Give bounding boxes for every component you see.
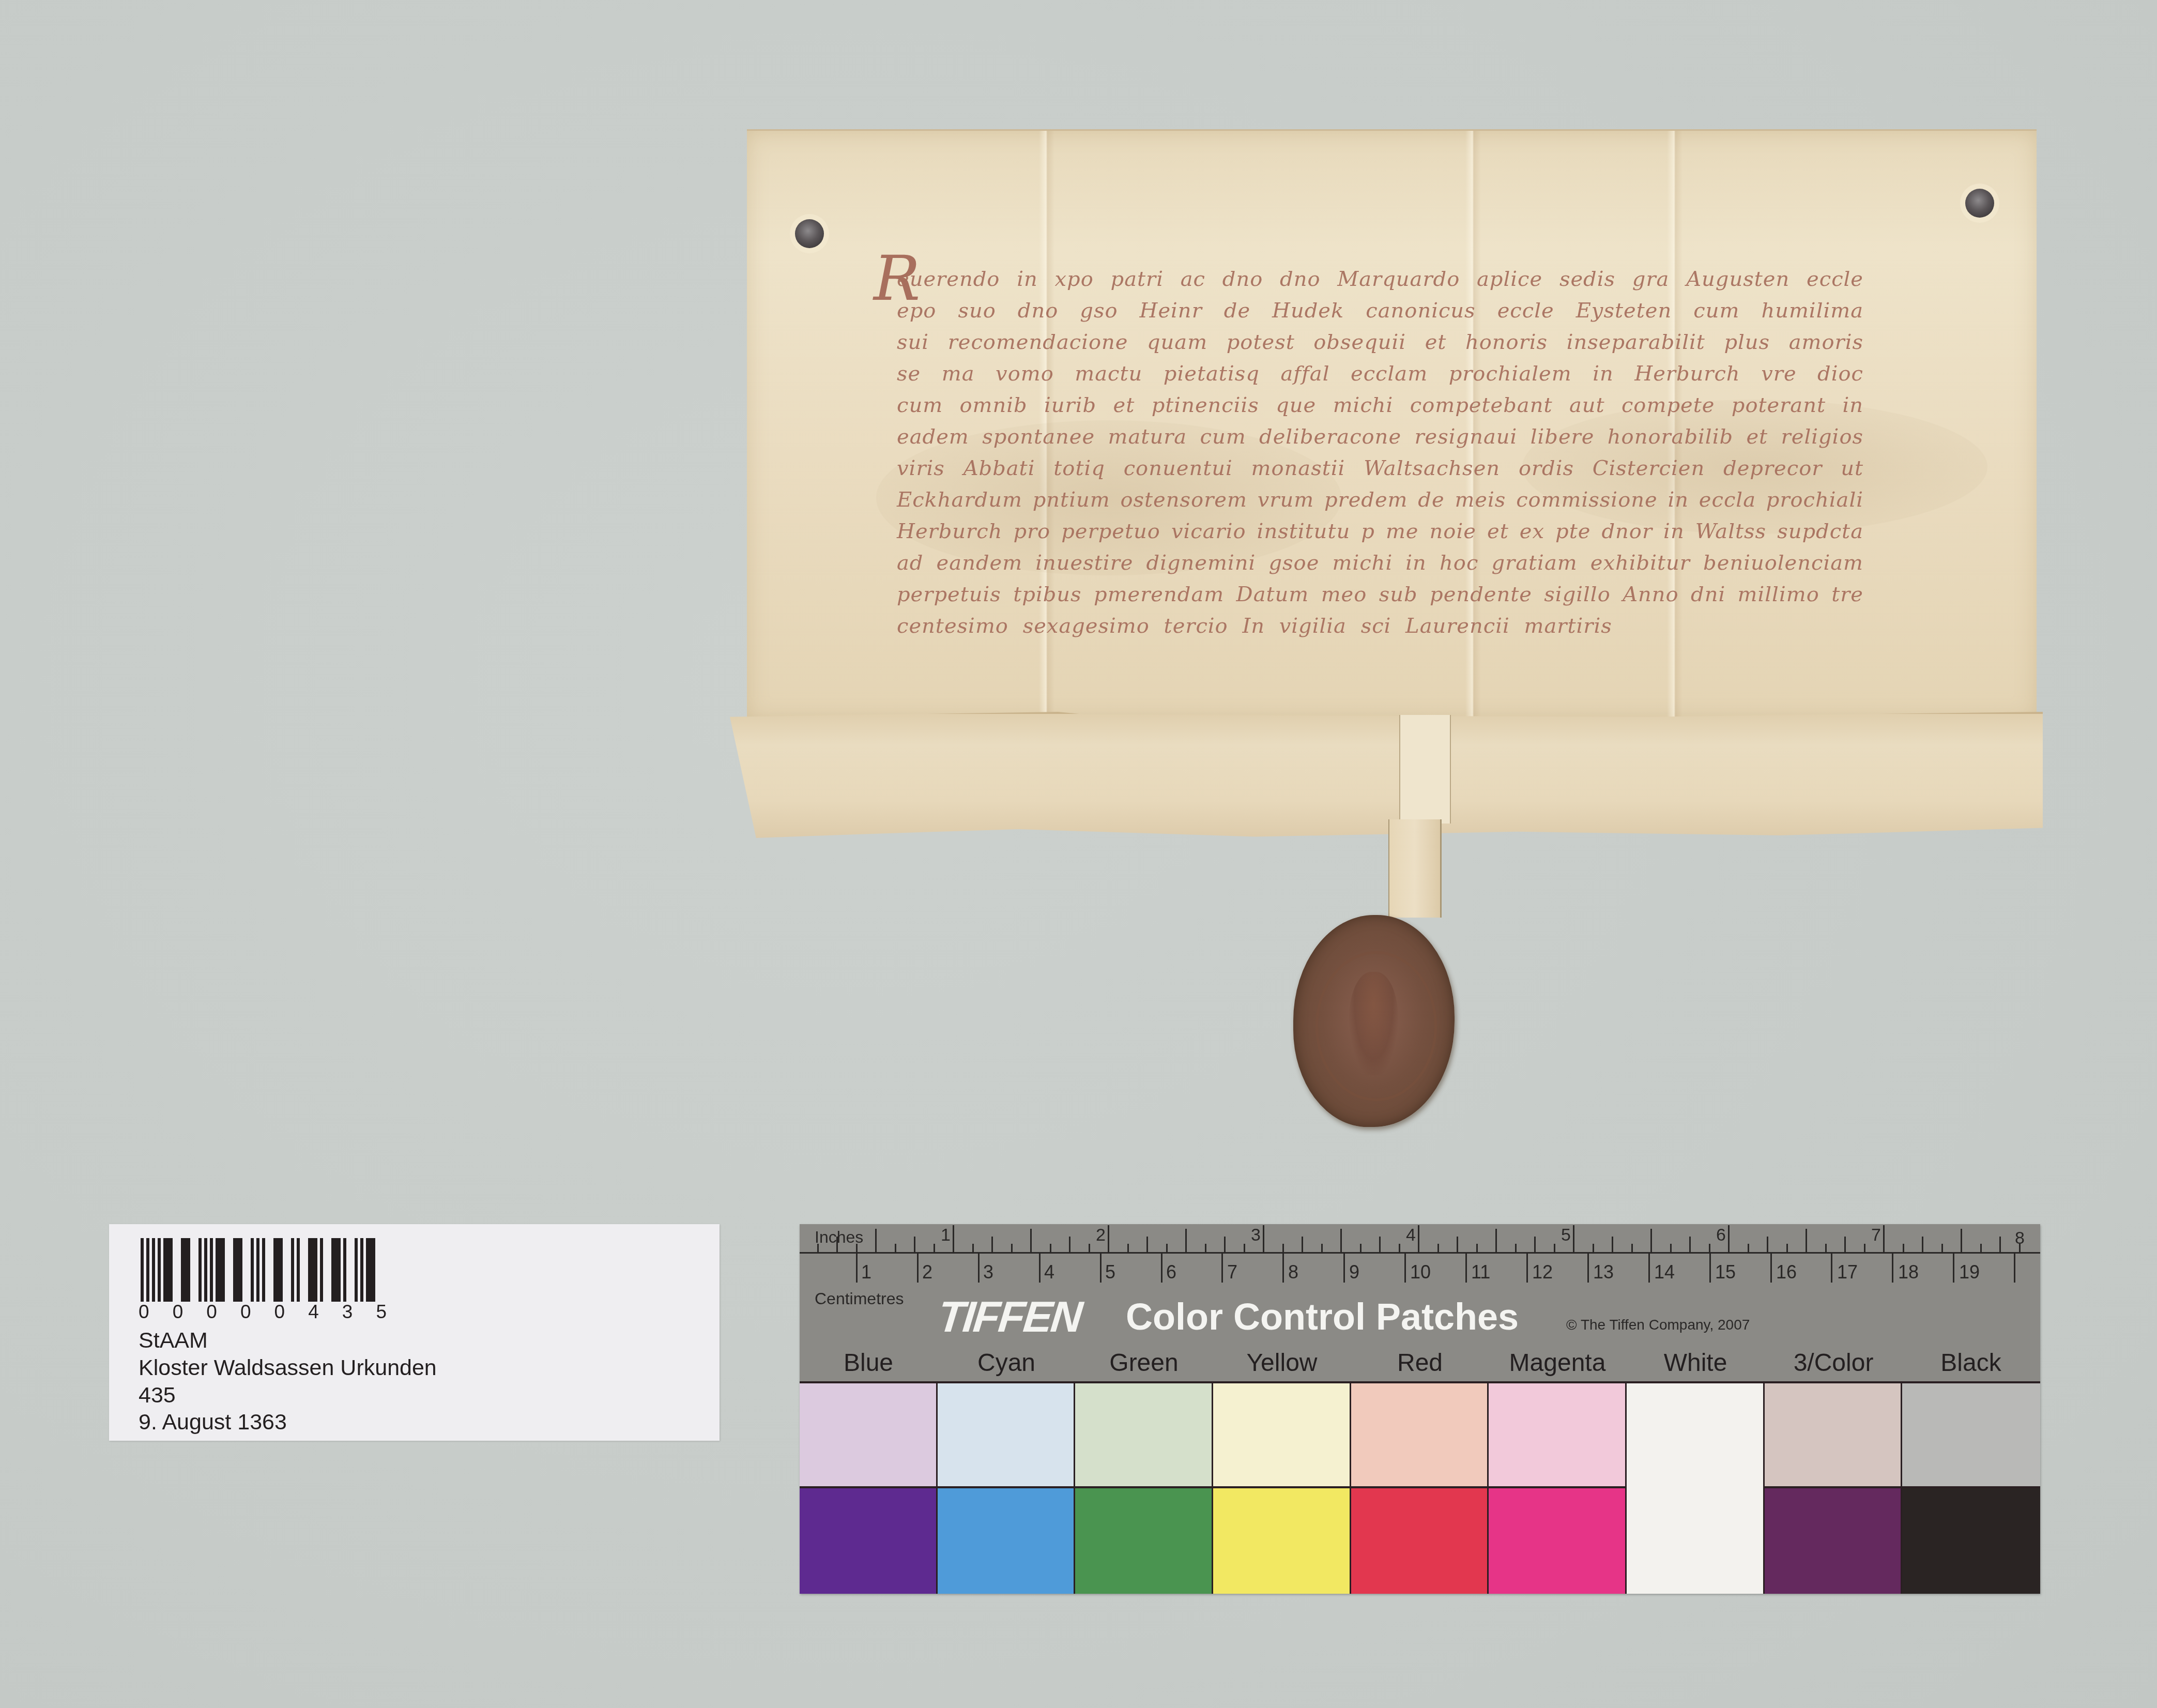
cm-tick <box>1282 1253 1284 1283</box>
cm-number: 18 <box>1898 1263 1919 1282</box>
patch-dark-yellow <box>1213 1488 1351 1594</box>
inch-tick <box>1650 1229 1652 1253</box>
manuscript-line: sui recomendacione quam potest obsequii … <box>897 327 1863 358</box>
patch-dark-3color <box>1765 1488 1903 1594</box>
cm-number: 11 <box>1471 1263 1490 1282</box>
cm-tick <box>856 1253 858 1283</box>
inch-number: 6 <box>1716 1226 1726 1244</box>
inch-tick <box>1999 1237 2001 1253</box>
inch-tick <box>1980 1244 1982 1253</box>
cm-number: 19 <box>1959 1263 1980 1282</box>
label-number: 435 <box>139 1382 176 1409</box>
inch-tick <box>914 1237 915 1253</box>
patch-light-blue <box>800 1383 938 1488</box>
manuscript-line: eadem spontanee matura cum deliberacone … <box>897 421 1863 452</box>
inch-tick <box>1786 1244 1788 1253</box>
cm-tick <box>1404 1253 1406 1283</box>
cm-tick <box>917 1253 919 1283</box>
patch-dark-red <box>1351 1488 1489 1594</box>
inch-tick <box>1030 1229 1032 1253</box>
cm-tick <box>1587 1253 1589 1283</box>
cm-tick <box>1161 1253 1162 1283</box>
barcode-digit: 5 <box>376 1302 387 1322</box>
inch-tick <box>1495 1229 1497 1253</box>
tiffen-logo: TIFFEN <box>936 1295 1083 1338</box>
cm-number: 10 <box>1410 1263 1431 1282</box>
inch-tick <box>1612 1237 1613 1253</box>
inch-tick <box>1050 1244 1051 1253</box>
cm-tick <box>1831 1253 1832 1283</box>
inch-tick <box>1379 1237 1381 1253</box>
inch-tick <box>1728 1225 1730 1253</box>
cm-number: 5 <box>1105 1263 1115 1282</box>
wax-seal-figure-icon <box>1349 972 1398 1075</box>
inch-tick <box>1244 1244 1245 1253</box>
inch-tick <box>1185 1229 1187 1253</box>
cm-tick <box>1343 1253 1345 1283</box>
patch-light-white <box>1627 1383 1765 1594</box>
inch-number: 5 <box>1561 1226 1571 1244</box>
label-date: 9. August 1363 <box>139 1409 287 1436</box>
cm-tick <box>1526 1253 1528 1283</box>
inch-tick <box>1961 1229 1962 1253</box>
inch-tick <box>1922 1237 1923 1253</box>
cm-tick <box>1892 1253 1893 1283</box>
inch-tick <box>1282 1244 1284 1253</box>
inch-tick <box>1941 1244 1943 1253</box>
inch-tick <box>1166 1244 1168 1253</box>
inch-number: 2 <box>1096 1226 1106 1244</box>
patch-dark-magenta <box>1489 1488 1627 1594</box>
patch-dark-green <box>1075 1488 1213 1594</box>
barcode-digit: 0 <box>274 1302 285 1322</box>
inch-tick <box>1515 1244 1517 1253</box>
inch-tick <box>1844 1237 1846 1253</box>
inch-tick <box>1864 1244 1865 1253</box>
patch-light-green <box>1075 1383 1213 1488</box>
manuscript-line: centesimo sexagesimo tercio In vigilia s… <box>897 611 1646 642</box>
barcode <box>141 1238 384 1302</box>
cm-tick <box>1100 1253 1102 1283</box>
inch-tick <box>1534 1237 1536 1253</box>
inches-label: Inches <box>815 1228 863 1246</box>
ruler-baseline <box>800 1252 2040 1254</box>
inch-tick <box>1689 1237 1691 1253</box>
inch-tick <box>1825 1244 1827 1253</box>
manuscript-line: ad eandem inuestire dignemini gsoe michi… <box>897 547 1863 578</box>
inch-tick <box>1554 1244 1555 1253</box>
patch-label-magenta: Magenta <box>1489 1350 1626 1376</box>
patch-light-magenta <box>1489 1383 1627 1488</box>
patch-light-black <box>1902 1383 2040 1488</box>
barcode-digit: 0 <box>240 1302 251 1322</box>
cm-number: 12 <box>1532 1263 1553 1282</box>
patch-dark-blue <box>800 1488 938 1594</box>
label-archive: StAAM <box>139 1327 208 1354</box>
patch-label-cyan: Cyan <box>938 1350 1075 1376</box>
cm-tick <box>1039 1253 1041 1283</box>
cm-tick <box>1953 1253 1954 1283</box>
cm-tick <box>1648 1253 1650 1283</box>
patch-light-3color <box>1765 1383 1903 1488</box>
manuscript-line: epo suo dno gso Heinr de Hudek canonicus… <box>897 295 1863 326</box>
cm-tick <box>1221 1253 1223 1283</box>
manuscript-line: perpetuis tpibus pmerendam Datum meo sub… <box>897 579 1863 610</box>
inch-tick <box>1767 1237 1768 1253</box>
inch-number: 1 <box>941 1226 951 1244</box>
inch-tick <box>1224 1237 1226 1253</box>
cm-tick <box>978 1253 980 1283</box>
seal-strap <box>1399 715 1451 823</box>
cm-number: 6 <box>1166 1263 1176 1282</box>
cm-number: 16 <box>1776 1263 1797 1282</box>
inch-tick <box>1321 1244 1323 1253</box>
inch-tick <box>1011 1244 1013 1253</box>
barcode-digit: 4 <box>308 1302 319 1322</box>
barcode-digits: 0 0 0 0 0 4 3 5 <box>139 1302 387 1322</box>
inch-tick <box>1631 1244 1633 1253</box>
mounting-pin-icon <box>795 219 824 248</box>
seal-strap <box>1388 819 1442 918</box>
cm-tick <box>1770 1253 1772 1283</box>
inch-tick <box>1360 1244 1361 1253</box>
inch-tick <box>1457 1237 1458 1253</box>
inch-number: 8 <box>2015 1229 2025 1247</box>
label-collection: Kloster Waldsassen Urkunden <box>139 1354 437 1382</box>
cm-number: 13 <box>1593 1263 1614 1282</box>
cm-number: 4 <box>1044 1263 1054 1282</box>
manuscript-line: Eckhardum pntium ostensorem vrum predem … <box>897 484 1863 515</box>
cm-number: 1 <box>861 1263 871 1282</box>
cm-number: 9 <box>1349 1263 1359 1282</box>
inch-tick <box>1108 1225 1109 1253</box>
manuscript-line: viris Abbati totiq conuentui monastii Wa… <box>897 453 1863 484</box>
inch-tick <box>1399 1244 1400 1253</box>
patch-dark-black <box>1902 1488 2040 1594</box>
inch-tick <box>875 1229 877 1253</box>
patch-label-red: Red <box>1351 1350 1489 1376</box>
barcode-digit: 3 <box>342 1302 353 1322</box>
manuscript-line: se ma vomo mactu pietatisq affal ecclam … <box>897 358 1863 389</box>
inch-tick <box>1593 1244 1594 1253</box>
inch-tick <box>1709 1244 1710 1253</box>
manuscript-line: Herburch pro perpetuo vicario institutu … <box>897 516 1863 547</box>
barcode-digit: 0 <box>206 1302 217 1322</box>
inch-tick <box>1146 1237 1148 1253</box>
inch-number: 7 <box>1871 1226 1881 1244</box>
cm-number: 2 <box>922 1263 932 1282</box>
cm-tick <box>1709 1253 1711 1283</box>
patch-light-red <box>1351 1383 1489 1488</box>
inch-tick <box>1069 1237 1070 1253</box>
inch-tick <box>1340 1229 1342 1253</box>
chart-title: Color Control Patches <box>1126 1297 1519 1338</box>
inch-tick <box>895 1244 896 1253</box>
inch-tick <box>1806 1229 1807 1253</box>
inch-tick <box>1089 1244 1090 1253</box>
barcode-digit: 0 <box>173 1302 183 1322</box>
inch-tick <box>991 1237 993 1253</box>
patch-label-green: Green <box>1075 1350 1213 1376</box>
cm-number: 8 <box>1288 1263 1298 1282</box>
inch-tick <box>934 1244 935 1253</box>
inch-tick <box>1903 1244 1904 1253</box>
copyright-notice: © The Tiffen Company, 2007 <box>1566 1317 1750 1333</box>
patch-label-blue: Blue <box>800 1350 937 1376</box>
inch-tick <box>1883 1225 1885 1253</box>
manuscript-line: euerendo in xpo patri ac dno dno Marquar… <box>897 264 1863 295</box>
patch-dark-cyan <box>938 1488 1076 1594</box>
manuscript-line: cum omnib iurib et ptinenciis que michi … <box>897 390 1863 421</box>
patch-light-cyan <box>938 1383 1076 1488</box>
inch-tick <box>1573 1225 1574 1253</box>
inch-tick <box>1748 1244 1749 1253</box>
inch-number: 4 <box>1406 1226 1416 1244</box>
cm-tick <box>1465 1253 1467 1283</box>
inch-tick <box>953 1225 954 1253</box>
patch-label-3color: 3/Color <box>1765 1350 1902 1376</box>
inch-tick <box>1263 1225 1264 1253</box>
barcode-digit: 0 <box>139 1302 149 1322</box>
patch-light-yellow <box>1213 1383 1351 1488</box>
patch-label-yellow: Yellow <box>1213 1350 1351 1376</box>
cm-number: 14 <box>1654 1263 1675 1282</box>
cm-number: 3 <box>983 1263 993 1282</box>
inch-tick <box>1476 1244 1478 1253</box>
patch-label-white: White <box>1627 1350 1764 1376</box>
parchment-fold-flap <box>730 712 2043 838</box>
inch-tick <box>1302 1237 1303 1253</box>
cm-number: 15 <box>1715 1263 1736 1282</box>
cm-number: 17 <box>1837 1263 1858 1282</box>
inch-number: 3 <box>1251 1226 1261 1244</box>
patch-label-black: Black <box>1902 1350 2040 1376</box>
inch-tick <box>1670 1244 1672 1253</box>
cm-tick <box>2014 1253 2015 1283</box>
cm-number: 7 <box>1227 1263 1237 1282</box>
centimetres-label: Centimetres <box>815 1290 904 1307</box>
inch-tick <box>1437 1244 1439 1253</box>
inch-tick <box>1127 1244 1129 1253</box>
inch-tick <box>1205 1244 1206 1253</box>
inch-tick <box>972 1244 974 1253</box>
inch-tick <box>1418 1225 1419 1253</box>
mounting-pin-icon <box>1965 189 1994 218</box>
